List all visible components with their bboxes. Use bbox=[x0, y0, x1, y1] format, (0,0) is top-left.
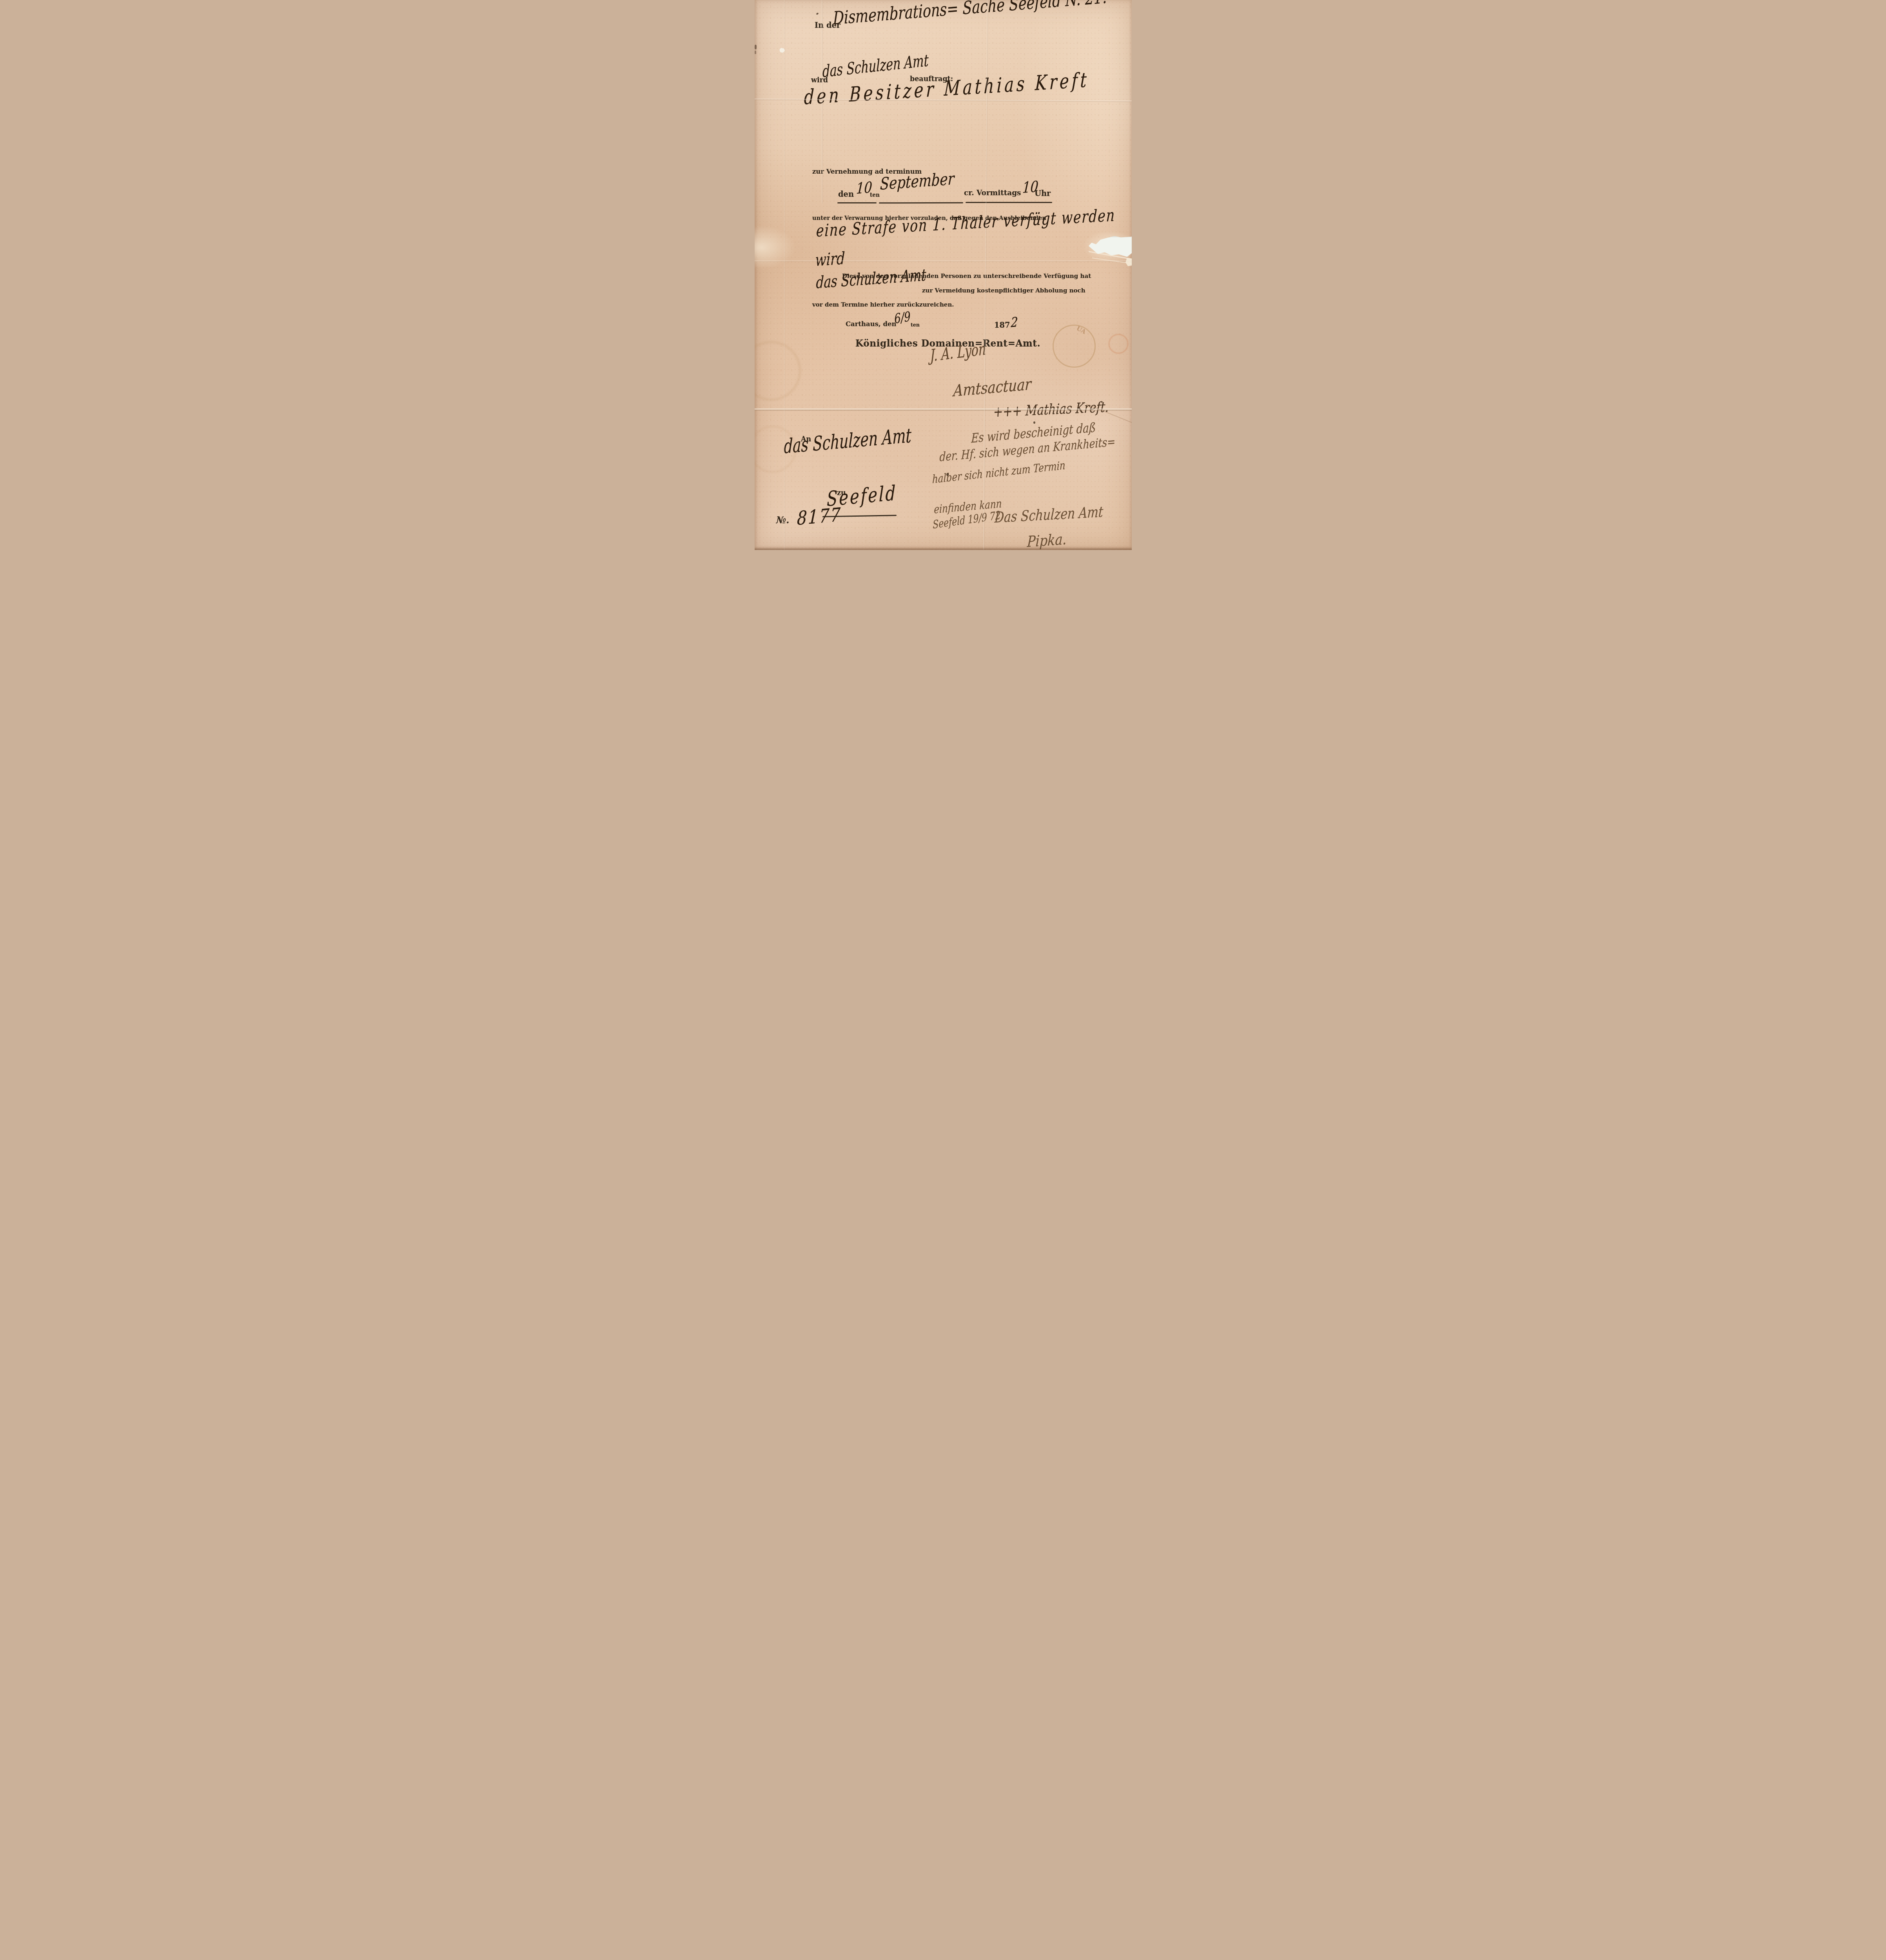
hw-note-line3: halber sich nicht zum Termin bbox=[932, 459, 1066, 486]
edge-mark-left-2 bbox=[755, 51, 756, 54]
gouge-top-left bbox=[779, 48, 785, 53]
hw-penalty-line2: wird bbox=[815, 248, 845, 270]
bottom-edge-shadow bbox=[755, 547, 1132, 550]
hw-day-10: 10 bbox=[856, 178, 873, 198]
postmark-letters: UA bbox=[1075, 325, 1087, 335]
printed-cr-vormittags: cr. Vormittags bbox=[964, 189, 1021, 197]
torn-hole-right-halo bbox=[1083, 231, 1131, 262]
printed-instruction-line2: zur Vermeidung kostenpflichtiger Abholun… bbox=[922, 287, 1085, 294]
hw-office-address: das Schulzen Amt bbox=[784, 425, 911, 458]
printed-den: den bbox=[838, 189, 854, 199]
postmark-right-small-circle bbox=[1109, 334, 1128, 354]
fold-crease-horizontal-2 bbox=[755, 260, 1132, 262]
dateline-underline-2 bbox=[879, 202, 963, 204]
printed-ten-2: ten bbox=[911, 322, 920, 328]
hw-acknowledgement-kreft: +++ Mathias Kreft. bbox=[993, 399, 1109, 420]
fold-crease-vertical-1 bbox=[784, 0, 785, 550]
abrasion-left-edge bbox=[755, 225, 796, 269]
scanned-document-page: In der wird beauftragt: zur Vernehmung a… bbox=[755, 0, 1132, 550]
torn-nick-bottom-right bbox=[1125, 258, 1131, 266]
abrasion-streak-under-hole-2 bbox=[1092, 258, 1132, 265]
ink-fleck-2 bbox=[946, 473, 949, 476]
printed-carthaus-den: Carthaus, den bbox=[846, 320, 897, 328]
hw-note-office: Das Schulzen Amt bbox=[994, 503, 1104, 526]
printed-no-label: №. bbox=[776, 514, 789, 526]
dateline-underline-3 bbox=[966, 202, 1052, 203]
hw-year-digit: 2 bbox=[1011, 314, 1018, 330]
ink-fleck-3 bbox=[816, 13, 819, 15]
edge-mark-left-1 bbox=[755, 45, 757, 49]
hw-number-8177: 8177 bbox=[797, 504, 842, 530]
hw-date-fraction: 6/9 bbox=[894, 309, 911, 327]
printed-instruction-line3: vor dem Termine hierher zurückzureichen. bbox=[812, 301, 954, 308]
ink-fleck-1 bbox=[1033, 421, 1035, 424]
printed-year-187: 187 bbox=[994, 320, 1010, 330]
hw-signature-title: Amtsactuar bbox=[953, 375, 1032, 401]
torn-hole-right bbox=[1089, 236, 1132, 257]
hw-office-instruction: das Schulzen Amt bbox=[816, 265, 926, 292]
hw-case-line: Dismembrations= Sache Seefeld N. 21. bbox=[833, 0, 1107, 29]
abrasion-streak-under-hole-1 bbox=[1089, 251, 1132, 261]
hw-note-signature-pipka: Pipka. bbox=[1027, 530, 1067, 550]
dateline-underline-1 bbox=[837, 202, 877, 203]
postmark-left-bleedthrough-1 bbox=[755, 341, 801, 401]
hw-hour-10: 10 bbox=[1022, 178, 1039, 197]
hw-penalty-line1: eine Strafe von 1. Thaler verfügt werden bbox=[816, 205, 1116, 241]
postmark-right-circle: UA bbox=[1053, 325, 1096, 368]
